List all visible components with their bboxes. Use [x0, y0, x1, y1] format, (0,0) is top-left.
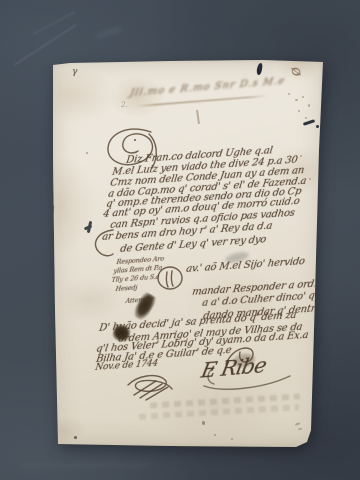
manuscript-paper: Jll.mo e R.mo Snr D.s M.e 2. D Diz Fran.… — [0, 0, 360, 480]
photo-stage: Jll.mo e R.mo Snr D.s M.e 2. D Diz Fran.… — [0, 0, 360, 480]
paper-edge-shading — [53, 60, 323, 447]
manuscript-paper-wrap: Jll.mo e R.mo Snr D.s M.e 2. D Diz Fran.… — [0, 0, 360, 480]
